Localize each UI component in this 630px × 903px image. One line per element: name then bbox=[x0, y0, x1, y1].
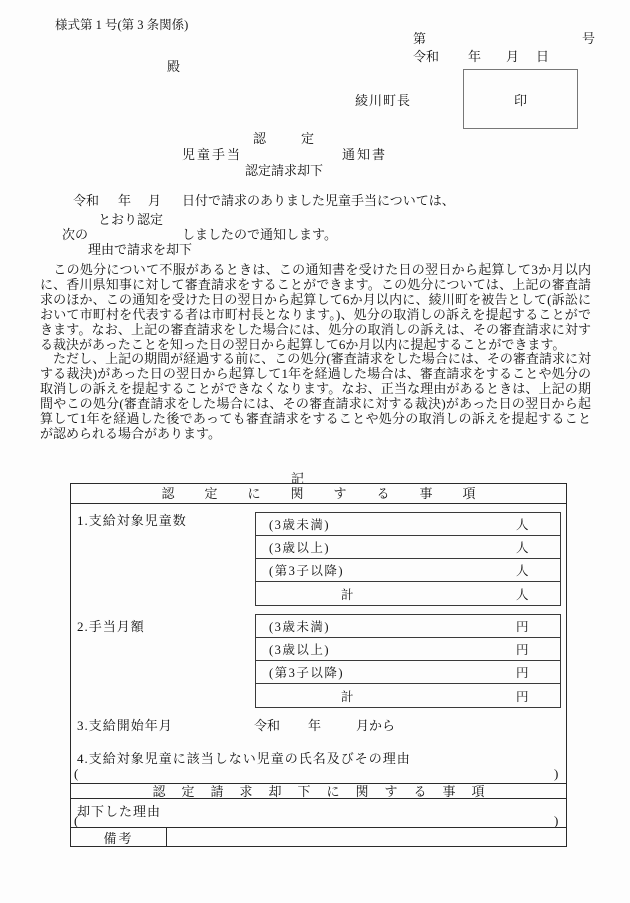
item4-paren-open: ( bbox=[74, 766, 78, 782]
item3-label: 3.支給開始年月 bbox=[77, 715, 173, 734]
row-label: 計 bbox=[341, 585, 355, 603]
seal-label: 印 bbox=[514, 90, 527, 109]
issuer-name: 綾川町長 bbox=[355, 90, 411, 109]
intro-year-label: 年 bbox=[118, 190, 131, 209]
remarks-label: 備考 bbox=[103, 828, 133, 847]
row-label: (3歳以上) bbox=[269, 640, 330, 658]
intro-prefix: 次の bbox=[62, 224, 88, 243]
section1-header: 認定に関する事項 bbox=[71, 484, 566, 504]
table-row: (第3子以降) 人 bbox=[256, 559, 560, 582]
row-unit: 人 bbox=[516, 561, 529, 579]
table-row: (3歳未満) 人 bbox=[256, 513, 560, 536]
row-unit: 円 bbox=[516, 640, 529, 658]
rejection-label: 却下した理由 bbox=[77, 801, 161, 820]
row-unit: 円 bbox=[516, 617, 529, 635]
table-row-total: 計 人 bbox=[256, 582, 560, 605]
intro-option-rejected: 理由で請求を却下 bbox=[88, 239, 192, 258]
row-unit: 円 bbox=[516, 663, 529, 681]
doc-number-suffix: 号 bbox=[582, 28, 595, 47]
row-label: (第3子以降) bbox=[269, 663, 344, 681]
appeal-instructions: この処分について不服があるときは、この通知書を受けた日の翌日から起算して3か月以… bbox=[40, 263, 591, 442]
row-label: (3歳未満) bbox=[269, 515, 330, 533]
row-unit: 人 bbox=[516, 538, 529, 556]
seal-box: 印 bbox=[463, 69, 578, 129]
table-row: (3歳以上) 円 bbox=[256, 638, 560, 661]
details-table: 認定に関する事項 1.支給対象児童数 (3歳未満) 人 (3歳以上) 人 (第3… bbox=[70, 483, 567, 847]
row-label: (第3子以降) bbox=[269, 561, 344, 579]
item4-paren-close: ) bbox=[554, 766, 558, 782]
row-label: (3歳以上) bbox=[269, 538, 330, 556]
row-label: 計 bbox=[341, 687, 355, 705]
issue-date-month-label: 月 bbox=[506, 46, 519, 65]
remarks-label-cell: 備考 bbox=[71, 828, 167, 846]
appeal-paragraph-1: この処分について不服があるときは、この通知書を受けた日の翌日から起算して3か月以… bbox=[40, 263, 591, 352]
document-page: 様式第 1 号(第 3 条関係) 第 号 令和 年 月 日 殿 綾川町長 印 認… bbox=[0, 0, 630, 903]
issue-date-year-label: 年 bbox=[468, 46, 481, 65]
item3-month-from: 月から bbox=[356, 715, 395, 734]
intro-option-certified: とおり認定 bbox=[98, 209, 163, 228]
item3-era: 令和 bbox=[254, 715, 280, 734]
title-option-rejection: 認定請求却下 bbox=[245, 160, 323, 179]
row-unit: 人 bbox=[516, 515, 529, 533]
item3-year-label: 年 bbox=[308, 715, 321, 734]
form-number: 様式第 1 号(第 3 条関係) bbox=[55, 15, 188, 33]
table-row: (3歳以上) 人 bbox=[256, 536, 560, 559]
row-label: (3歳未満) bbox=[269, 617, 330, 635]
monthly-amount-table: (3歳未満) 円 (3歳以上) 円 (第3子以降) 円 計 円 bbox=[255, 614, 561, 708]
issue-date-day-label: 日 bbox=[536, 46, 549, 65]
intro-line1: 日付で請求のありました児童手当については、 bbox=[182, 190, 455, 209]
appeal-paragraph-2: ただし、上記の期間が経過する前に、この処分(審査請求をした場合には、その審査請求… bbox=[40, 352, 591, 441]
child-count-table: (3歳未満) 人 (3歳以上) 人 (第3子以降) 人 計 人 bbox=[255, 512, 561, 606]
issue-date-era: 令和 bbox=[413, 46, 439, 65]
intro-month-label: 月 bbox=[148, 190, 161, 209]
title-option-certification: 認 定 bbox=[253, 128, 325, 147]
item4-label: 4.支給対象児童に該当しない児童の氏名及びその理由 bbox=[77, 748, 411, 767]
table-row: (第3子以降) 円 bbox=[256, 661, 560, 684]
title-left: 児童手当 bbox=[182, 144, 242, 163]
row-unit: 人 bbox=[516, 585, 529, 603]
remarks-row: 備考 bbox=[71, 827, 566, 846]
doc-number-prefix: 第 bbox=[413, 28, 426, 47]
item2-label: 2.手当月額 bbox=[77, 616, 145, 635]
row-unit: 円 bbox=[516, 687, 529, 705]
table-row: (3歳未満) 円 bbox=[256, 615, 560, 638]
table-row-total: 計 円 bbox=[256, 684, 560, 707]
section2-header: 認定請求却下に関する事項 bbox=[71, 783, 566, 799]
item1-label: 1.支給対象児童数 bbox=[77, 510, 187, 529]
title-right: 通知書 bbox=[342, 144, 387, 163]
intro-suffix: しましたので通知します。 bbox=[182, 224, 337, 243]
intro-era: 令和 bbox=[73, 190, 99, 209]
addressee-suffix: 殿 bbox=[167, 56, 180, 75]
